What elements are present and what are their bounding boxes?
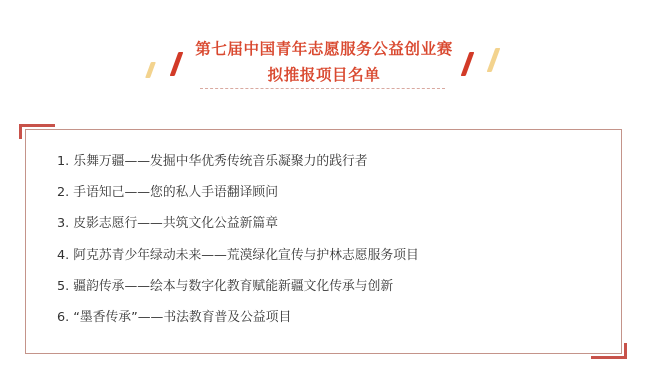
list-item: 4. 阿克苏青少年绿动未来——荒漠绿化宣传与护林志愿服务项目 [57,247,419,278]
page-title: 第七届中国青年志愿服务公益创业赛 [0,40,648,58]
list-item: 1. 乐舞万疆——发掘中华优秀传统音乐凝聚力的践行者 [57,153,419,184]
list-item: 6. “墨香传承”——书法教育普及公益项目 [57,309,419,340]
page-subtitle: 拟推报项目名单 [0,66,648,84]
title-divider [200,88,445,89]
list-item: 5. 疆韵传承——绘本与数字化教育赋能新疆文化传承与创新 [57,278,419,309]
corner-accent-bottom-right [591,343,627,359]
list-item: 3. 皮影志愿行——共筑文化公益新篇章 [57,215,419,246]
page: 第七届中国青年志愿服务公益创业赛 拟推报项目名单 1. 乐舞万疆——发掘中华优秀… [0,0,648,368]
list-item: 2. 手语知己——您的私人手语翻译顾问 [57,184,419,215]
corner-accent-top-left [19,124,55,139]
project-list: 1. 乐舞万疆——发掘中华优秀传统音乐凝聚力的践行者 2. 手语知己——您的私人… [57,153,419,340]
